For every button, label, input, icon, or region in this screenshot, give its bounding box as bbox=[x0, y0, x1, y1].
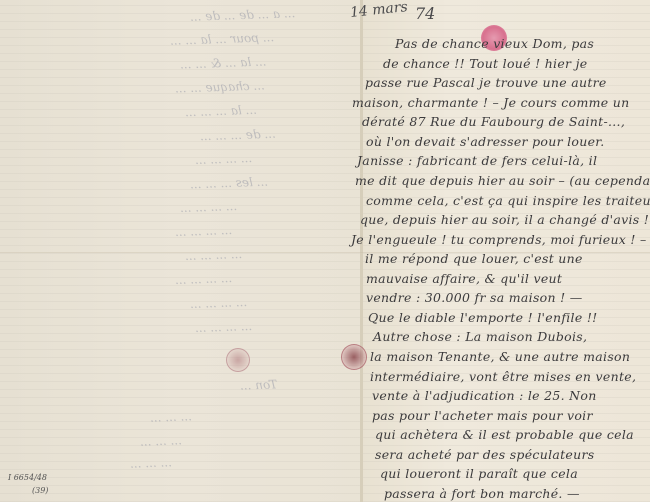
bleed-line: ... ... ... ... bbox=[175, 223, 233, 239]
letter-line: Autre chose : La maison Dubois, bbox=[373, 329, 587, 344]
bleed-line: ... les ... ... ... bbox=[190, 175, 269, 192]
letter-line: sera acheté par des spéculateurs bbox=[375, 447, 594, 462]
bleed-line: ... ... ... ... bbox=[180, 199, 238, 215]
letter-line: Que le diable l'emporte ! l'enfile !! bbox=[368, 310, 597, 325]
letter-line: intermédiaire, vont être mises en vente, bbox=[370, 369, 636, 384]
center-fold bbox=[360, 0, 363, 502]
letter-line: comme cela, c'est ça qui inspire les tra… bbox=[366, 193, 650, 208]
letter-line: pas pour l'acheter mais pour voir bbox=[372, 408, 593, 423]
bleed-line: ... la ... ... ... bbox=[185, 103, 257, 120]
bleed-line: ... ... ... ... bbox=[175, 271, 233, 287]
letter-line: que, depuis hier au soir, il a changé d'… bbox=[360, 212, 649, 227]
ruled-lines bbox=[0, 0, 362, 502]
letter-line: passe rue Pascal je trouve une autre bbox=[365, 75, 607, 90]
letter-line: qui achètera & il est probable que cela bbox=[375, 427, 634, 442]
bleed-line: ... ... ... ... bbox=[190, 295, 248, 311]
library-stamp-icon bbox=[226, 348, 250, 372]
letter-line: la maison Tenante, & une autre maison bbox=[370, 349, 630, 364]
letter-line: Janisse : fabricant de fers celui-là, il bbox=[357, 153, 597, 168]
bleed-line: Ton ... bbox=[240, 377, 278, 392]
letter-line: vente à l'adjudication : le 25. Non bbox=[372, 388, 597, 403]
letter-line: me dit que depuis hier au soir – (au cep… bbox=[355, 173, 650, 188]
bleed-line: ... ... ... ... bbox=[195, 319, 253, 335]
left-page bbox=[0, 0, 362, 502]
letter-line: où l'on devait s'adresser pour louer. bbox=[366, 134, 604, 149]
letter-line: de chance !! Tout loué ! hier je bbox=[383, 56, 587, 71]
letter-line: maison, charmante ! – Je cours comme un bbox=[352, 95, 629, 110]
folio-number: (39) bbox=[32, 486, 48, 495]
letter-line: mauvaise affaire, & qu'il veut bbox=[366, 271, 562, 286]
letter-line: Je l'engueule ! tu comprends, moi furieu… bbox=[351, 232, 647, 247]
library-stamp-icon bbox=[341, 344, 367, 370]
letter-sheet: ... a ... de ... de ... ... pour ... la … bbox=[0, 0, 650, 502]
bleed-line: ... ... ... ... bbox=[195, 151, 253, 167]
letter-line: vendre : 30.000 fr sa maison ! — bbox=[366, 290, 583, 305]
letter-line: passera à fort bon marché. — bbox=[384, 486, 580, 501]
bleed-line: ... de ... ... ... bbox=[200, 127, 276, 144]
call-number: I 6654/48 bbox=[8, 473, 47, 482]
bleed-line: ... ... ... bbox=[130, 455, 172, 470]
letter-line: Pas de chance vieux Dom, pas bbox=[395, 36, 594, 51]
letter-line: qui loueront il paraît que cela bbox=[380, 466, 578, 481]
bleed-line: ... ... ... bbox=[140, 433, 182, 448]
letter-year: 74 bbox=[415, 4, 435, 23]
bleed-line: ... ... ... ... bbox=[185, 247, 243, 263]
letter-line: dératé 87 Rue du Faubourg de Saint-..., bbox=[362, 114, 625, 129]
letter-line: il me répond que louer, c'est une bbox=[365, 251, 583, 266]
bleed-line: ... ... ... bbox=[150, 409, 192, 424]
